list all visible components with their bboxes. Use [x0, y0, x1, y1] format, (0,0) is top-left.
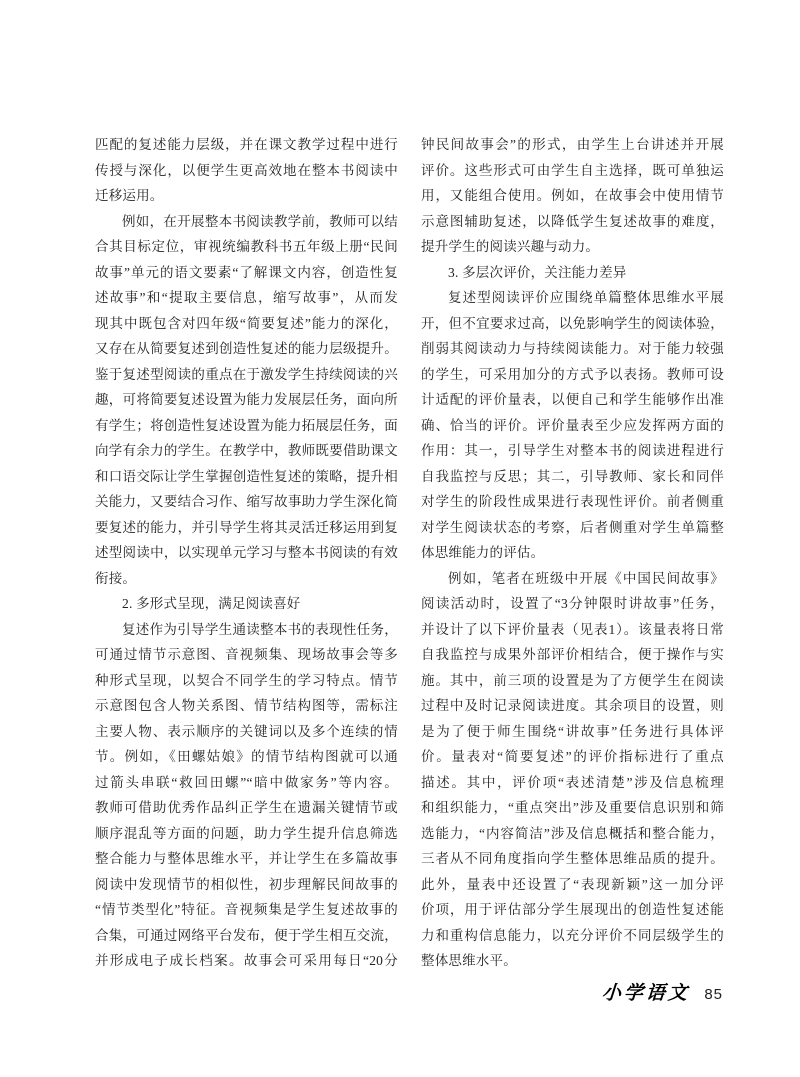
text-line: 价项，用于评估部分学生展现出的创造性复述能	[421, 897, 724, 923]
text-line: 述故事”和“提取主要信息，缩写故事”，从而发	[95, 285, 398, 311]
text-line: 阅读中发现情节的相似性，初步理解民间故事的	[95, 872, 398, 898]
text-line: 自我监控与成果外部评价相结合，便于操作与实	[421, 642, 724, 668]
text-line: 和组织能力，“重点突出”涉及重要信息识别和筛	[421, 795, 724, 821]
text-line: 例如，笔者在班级中开展《中国民间故事》	[421, 566, 724, 592]
text-line: 整合能力与整体思维水平，并让学生在多篇故事	[95, 846, 398, 872]
text-line: 提升学生的阅读兴趣与动力。	[421, 234, 724, 260]
text-line: 选能力，“内容简洁”涉及信息概括和整合能力，	[421, 821, 724, 847]
text-line: 教师可借助优秀作品纠正学生在遗漏关键情节或	[95, 795, 398, 821]
text-line: 体思维能力的评估。	[421, 540, 724, 566]
text-line: 过程中及时记录阅读进度。其余项目的设置，则	[421, 693, 724, 719]
text-line: 并设计了以下评价量表（见表1）。该量表将日常	[421, 617, 724, 643]
text-line: 的学生，可采用加分的方式予以表扬。教师可设	[421, 362, 724, 388]
text-line: 述型阅读中，以实现单元学习与整本书阅读的有效	[95, 540, 398, 566]
section-heading: 2. 多形式呈现，满足阅读喜好	[95, 591, 398, 617]
text-line: 作用：其一，引导学生对整本书的阅读进程进行	[421, 438, 724, 464]
right-text-column: 钟民间故事会”的形式，由学生上台讲述并开展评价。这些形式可由学生自主选择，既可单…	[421, 132, 724, 974]
text-line: 三者从不同角度指向学生整体思维品质的提升。	[421, 846, 724, 872]
text-line: 合集，可通过网络平台发布，便于学生相互交流，	[95, 923, 398, 949]
text-line: 示意图辅助复述，以降低学生复述故事的难度，	[421, 209, 724, 235]
page-number: 85	[704, 986, 723, 1003]
page-footer: 小学语文 85	[602, 978, 723, 1005]
text-line: 削弱其阅读动力与持续阅读能力。对于能力较强	[421, 336, 724, 362]
text-line: 复述型阅读评价应围绕单篇整体思维水平展	[421, 285, 724, 311]
text-line: 此外，量表中还设置了“表现新颖”这一加分评	[421, 872, 724, 898]
text-line: 对学生的阶段性成果进行表现性评价。前者侧重	[421, 489, 724, 515]
text-line: 对学生阅读状态的考察，后者侧重对学生单篇整	[421, 515, 724, 541]
text-line: 关能力，又要结合习作、缩写故事助力学生深化简	[95, 489, 398, 515]
document-page: 匹配的复述能力层级，并在课文教学过程中进行传授与深化，以便学生更高效地在整本书阅…	[0, 0, 800, 1077]
text-line: 可通过情节示意图、音视频集、现场故事会等多	[95, 642, 398, 668]
text-line: 现其中既包含对四年级“简要复述”能力的深化，	[95, 311, 398, 337]
text-line: 描述。其中，评价项“表述清楚”涉及信息梳理	[421, 770, 724, 796]
text-line: 故事”单元的语文要素“了解课文内容，创造性复	[95, 260, 398, 286]
text-line: 力和重构信息能力，以充分评价不同层级学生的	[421, 923, 724, 949]
text-line: 和口语交际让学生掌握创造性复述的策略，提升相	[95, 464, 398, 490]
text-line: 鉴于复述型阅读的重点在于激发学生持续阅读的兴	[95, 362, 398, 388]
text-line: 有学生；将创造性复述设置为能力拓展层任务，面	[95, 413, 398, 439]
text-line: 确、恰当的评价。评价量表至少应发挥两方面的	[421, 413, 724, 439]
text-line: 又存在从简要复述到创造性复述的能力层级提升。	[95, 336, 398, 362]
text-line: 迁移运用。	[95, 183, 398, 209]
text-line: 过箭头串联“救回田螺”“暗中做家务”等内容。	[95, 770, 398, 796]
text-line: 种形式呈现，以契合不同学生的学习特点。情节	[95, 668, 398, 694]
text-line: 计适配的评价量表，以便自己和学生能够作出准	[421, 387, 724, 413]
text-line: 价。量表对“简要复述”的评价指标进行了重点	[421, 744, 724, 770]
text-line: “情节类型化”特征。音视频集是学生复述故事的	[95, 897, 398, 923]
text-line: 匹配的复述能力层级，并在课文教学过程中进行	[95, 132, 398, 158]
text-line: 并形成电子成长档案。故事会可采用每日“20分	[95, 948, 398, 974]
text-line: 钟民间故事会”的形式，由学生上台讲述并开展	[421, 132, 724, 158]
text-line: 趣，可将简要复述设置为能力发展层任务，面向所	[95, 387, 398, 413]
text-line: 是为了便于师生围绕“讲故事”任务进行具体评	[421, 719, 724, 745]
text-line: 示意图包含人物关系图、情节结构图等，需标注	[95, 693, 398, 719]
text-line: 衔接。	[95, 566, 398, 592]
text-line: 评价。这些形式可由学生自主选择，既可单独运	[421, 158, 724, 184]
text-line: 要复述的能力，并引导学生将其灵活迁移运用到复	[95, 515, 398, 541]
section-heading: 3. 多层次评价，关注能力差异	[421, 260, 724, 286]
text-line: 自我监控与反思；其二，引导教师、家长和同伴	[421, 464, 724, 490]
text-line: 用，又能组合使用。例如，在故事会中使用情节	[421, 183, 724, 209]
text-line: 复述作为引导学生通读整本书的表现性任务，	[95, 617, 398, 643]
text-line: 节。例如，《田螺姑娘》的情节结构图就可以通	[95, 744, 398, 770]
text-line: 合其目标定位，审视统编教科书五年级上册“民间	[95, 234, 398, 260]
text-line: 阅读活动时，设置了“3分钟限时讲故事”任务，	[421, 591, 724, 617]
text-line: 开，但不宜要求过高，以免影响学生的阅读体验，	[421, 311, 724, 337]
text-line: 整体思维水平。	[421, 948, 724, 974]
text-line: 传授与深化，以便学生更高效地在整本书阅读中	[95, 158, 398, 184]
text-line: 施。其中，前三项的设置是为了方便学生在阅读	[421, 668, 724, 694]
text-line: 主要人物、表示顺序的关键词以及多个连续的情	[95, 719, 398, 745]
text-line: 例如，在开展整本书阅读教学前，教师可以结	[95, 209, 398, 235]
text-line: 顺序混乱等方面的问题，助力学生提升信息筛选	[95, 821, 398, 847]
journal-logo: 小学语文	[601, 978, 691, 1005]
text-line: 向学有余力的学生。在教学中，教师既要借助课文	[95, 438, 398, 464]
left-text-column: 匹配的复述能力层级，并在课文教学过程中进行传授与深化，以便学生更高效地在整本书阅…	[95, 132, 398, 974]
